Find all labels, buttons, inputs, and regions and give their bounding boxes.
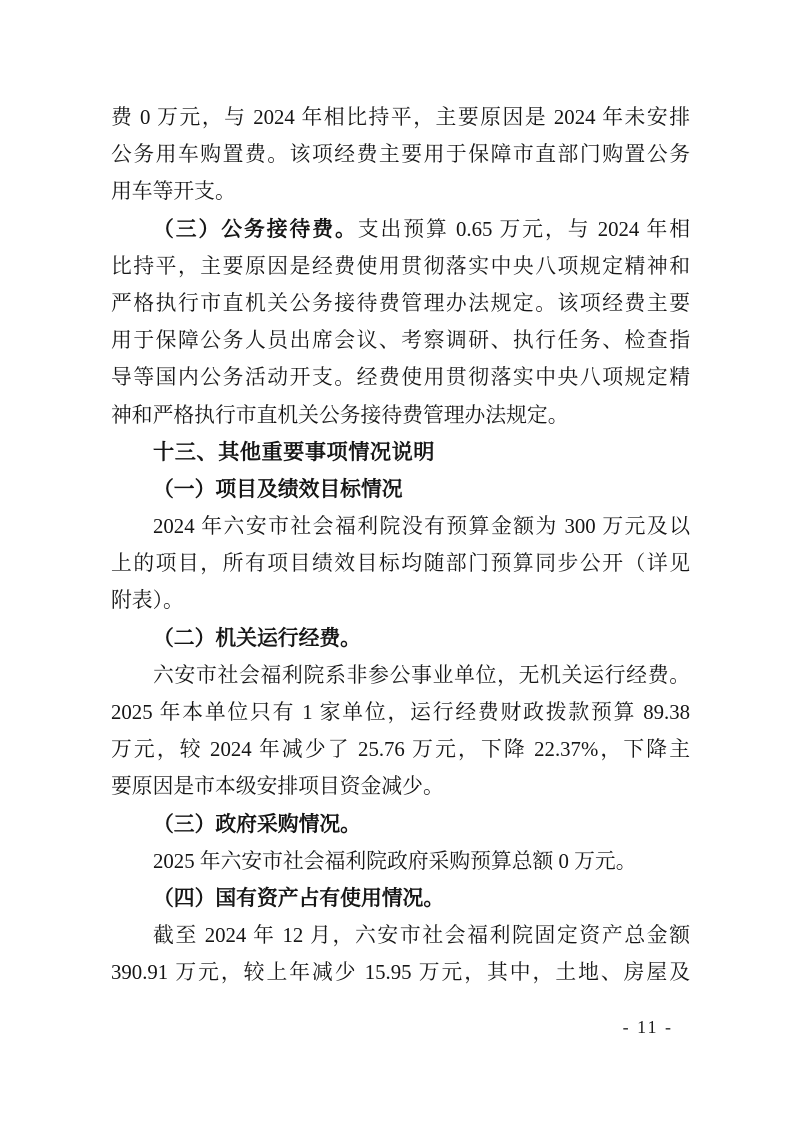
text-segment: 2025 年六安市社会福利院政府采购预算总额 0 万元。 [153, 850, 637, 873]
text-segment: 比持平，主要原因是经费使用贯彻落实中央八项规定精神和 [111, 255, 690, 278]
heading-line: 十三、其他重要事项情况说明 [111, 434, 690, 471]
document-body: 费 0 万元，与 2024 年相比持平，主要原因是 2024 年未安排公务用车购… [111, 99, 690, 992]
text-segment: 上的项目，所有项目绩效目标均随部门预算同步公开（详见 [111, 552, 690, 575]
text-line: 费 0 万元，与 2024 年相比持平，主要原因是 2024 年未安排 [111, 99, 690, 136]
text-segment: 严格执行市直机关公务接待费管理办法规定。该项经费主要 [111, 292, 690, 315]
bold-text-segment: （二）机关运行经费。 [153, 627, 361, 650]
heading-line: （一）项目及绩效目标情况 [111, 471, 690, 508]
bold-text-segment: （三）公务接待费。 [153, 218, 358, 241]
text-line: 六安市社会福利院系非参公事业单位，无机关运行经费。 [111, 657, 690, 694]
text-segment: 支出预算 0.65 万元，与 2024 年相 [358, 218, 690, 241]
text-line: 2024 年六安市社会福利院没有预算金额为 300 万元及以 [111, 508, 690, 545]
text-segment: 神和严格执行市直机关公务接待费管理办法规定。 [111, 404, 569, 427]
text-segment: 截至 2024 年 12 月，六安市社会福利院固定资产总金额 [153, 924, 690, 947]
text-segment: 公务用车购置费。该项经费主要用于保障市直部门购置公务 [111, 143, 690, 166]
text-segment: 用车等开支。 [111, 180, 236, 203]
bold-text-segment: （三）政府采购情况。 [153, 813, 361, 836]
text-segment: 2025 年本单位只有 1 家单位，运行经费财政拨款预算 89.38 [111, 701, 690, 724]
text-line: 用车等开支。 [111, 173, 690, 210]
heading-line: （四）国有资产占有使用情况。 [111, 880, 690, 917]
text-line: 导等国内公务活动开支。经费使用贯彻落实中央八项规定精 [111, 359, 690, 396]
text-line: 390.91 万元，较上年减少 15.95 万元，其中，土地、房屋及 [111, 954, 690, 991]
heading-line: （二）机关运行经费。 [111, 620, 690, 657]
text-line: 公务用车购置费。该项经费主要用于保障市直部门购置公务 [111, 136, 690, 173]
text-line: 2025 年本单位只有 1 家单位，运行经费财政拨款预算 89.38 [111, 694, 690, 731]
text-segment: 390.91 万元，较上年减少 15.95 万元，其中，土地、房屋及 [111, 961, 690, 984]
bold-text-segment: （四）国有资产占有使用情况。 [153, 887, 444, 910]
text-line: 万元，较 2024 年减少了 25.76 万元，下降 22.37%，下降主 [111, 731, 690, 768]
text-line: 截至 2024 年 12 月，六安市社会福利院固定资产总金额 [111, 917, 690, 954]
text-segment: 要原因是市本级安排项目资金减少。 [111, 775, 444, 798]
text-line: 比持平，主要原因是经费使用贯彻落实中央八项规定精神和 [111, 248, 690, 285]
bold-text-segment: （一）项目及绩效目标情况 [153, 478, 403, 501]
text-line: 附表）。 [111, 582, 690, 619]
text-line: 要原因是市本级安排项目资金减少。 [111, 768, 690, 805]
text-segment: 费 0 万元，与 2024 年相比持平，主要原因是 2024 年未安排 [111, 106, 690, 129]
text-line: （三）公务接待费。支出预算 0.65 万元，与 2024 年相 [111, 211, 690, 248]
text-line: 上的项目，所有项目绩效目标均随部门预算同步公开（详见 [111, 545, 690, 582]
text-segment: 附表）。 [111, 589, 184, 612]
text-segment: 六安市社会福利院系非参公事业单位，无机关运行经费。 [153, 664, 690, 687]
text-segment: 万元，较 2024 年减少了 25.76 万元，下降 22.37%，下降主 [111, 738, 690, 761]
text-line: 严格执行市直机关公务接待费管理办法规定。该项经费主要 [111, 285, 690, 322]
text-segment: 导等国内公务活动开支。经费使用贯彻落实中央八项规定精 [111, 366, 690, 389]
page-number: - 11 - [623, 1017, 673, 1038]
text-segment: 用于保障公务人员出席会议、考察调研、执行任务、检查指 [111, 329, 690, 352]
text-line: 2025 年六安市社会福利院政府采购预算总额 0 万元。 [111, 843, 690, 880]
text-line: 神和严格执行市直机关公务接待费管理办法规定。 [111, 397, 690, 434]
text-line: 用于保障公务人员出席会议、考察调研、执行任务、检查指 [111, 322, 690, 359]
document-page: 费 0 万元，与 2024 年相比持平，主要原因是 2024 年未安排公务用车购… [0, 0, 793, 1122]
bold-text-segment: 十三、其他重要事项情况说明 [153, 441, 435, 464]
heading-line: （三）政府采购情况。 [111, 806, 690, 843]
text-segment: 2024 年六安市社会福利院没有预算金额为 300 万元及以 [153, 515, 690, 538]
